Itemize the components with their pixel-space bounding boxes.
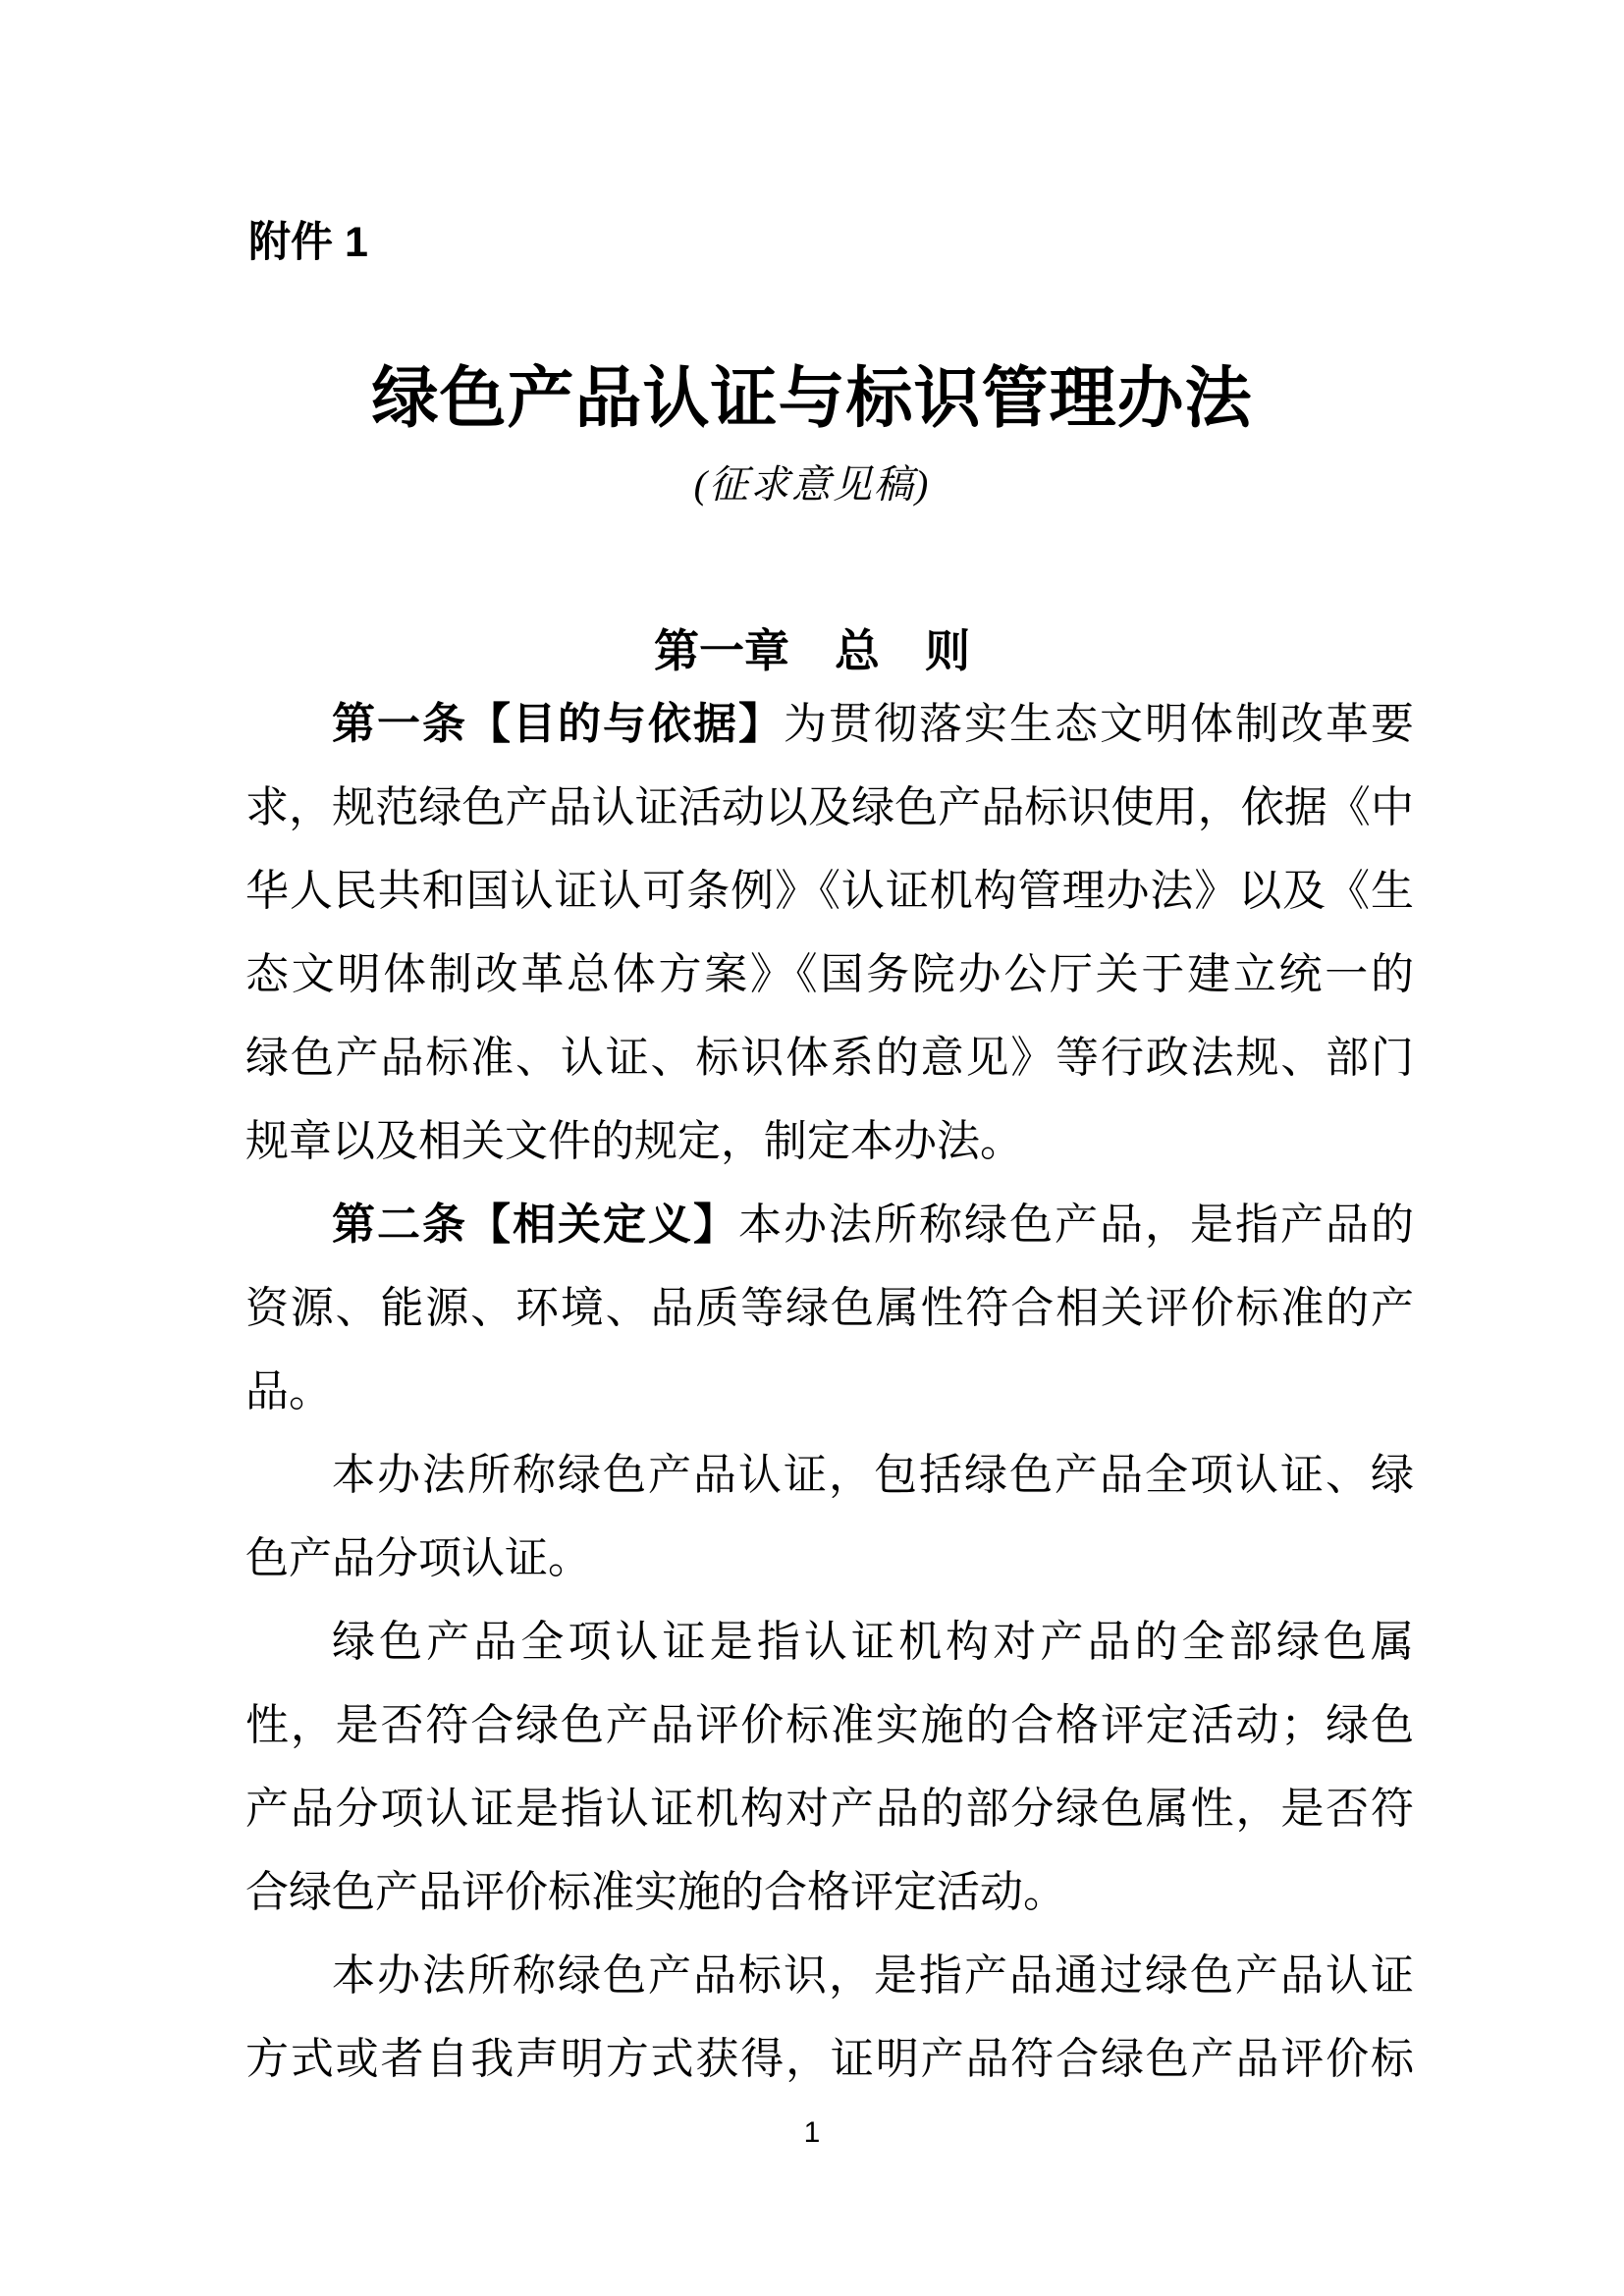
body-line: 绿色产品标准、认证、标识体系的意见》等行政法规、部门 <box>245 1016 1414 1099</box>
attachment-label: 附件 1 <box>248 222 368 264</box>
document-page: 附件 1 绿色产品认证与标识管理办法 (征求意见稿) 第一章 总 则 第一条【目… <box>0 0 1624 2296</box>
body-line-text: 合绿色产品评价标准实施的合格评定活动。 <box>245 1868 1066 1916</box>
body-line: 求，规范绿色产品认证活动以及绿色产品标识使用，依据《中 <box>245 766 1414 849</box>
document-subtitle: (征求意见稿) <box>0 465 1624 505</box>
document-body: 第一条【目的与依据】为贯彻落实生态文明体制改革要 求，规范绿色产品认证活动以及绿… <box>245 682 1414 2101</box>
body-line: 规章以及相关文件的规定，制定本办法。 <box>245 1099 1414 1183</box>
body-line-text: 色产品分项认证。 <box>245 1534 591 1582</box>
article-2-lead: 第二条【相关定义】 <box>332 1201 738 1249</box>
body-line-text: 方式或者自我声明方式获得，证明产品符合绿色产品评价标 <box>245 2035 1414 2083</box>
body-line-text: 产品分项认证是指认证机构对产品的部分绿色属性，是否符 <box>245 1785 1414 1833</box>
body-line: 色产品分项认证。 <box>245 1517 1414 1600</box>
body-line-text: 本办法所称绿色产品，是指产品的 <box>738 1201 1414 1249</box>
page-number: 1 <box>0 2118 1624 2148</box>
body-line-text: 绿色产品全项认证是指认证机构对产品的全部绿色属 <box>332 1618 1414 1666</box>
article-1-lead: 第一条【目的与依据】 <box>332 700 784 748</box>
body-line: 资源、能源、环境、品质等绿色属性符合相关评价标准的产 <box>245 1266 1414 1350</box>
body-line-text: 绿色产品标准、认证、标识体系的意见》等行政法规、部门 <box>245 1034 1414 1082</box>
body-line: 合绿色产品评价标准实施的合格评定活动。 <box>245 1850 1414 1934</box>
body-line-text: 为贯彻落实生态文明体制改革要 <box>784 700 1414 748</box>
body-line-text: 求，规范绿色产品认证活动以及绿色产品标识使用，依据《中 <box>245 783 1414 831</box>
body-line-text: 品。 <box>245 1367 332 1415</box>
chapter-heading: 第一章 总 则 <box>0 628 1624 673</box>
body-line: 第二条【相关定义】本办法所称绿色产品，是指产品的 <box>245 1183 1414 1266</box>
body-line: 华人民共和国认证认可条例》《认证机构管理办法》以及《生 <box>245 849 1414 933</box>
body-line: 本办法所称绿色产品标识，是指产品通过绿色产品认证 <box>245 1934 1414 2017</box>
document-title: 绿色产品认证与标识管理办法 <box>0 365 1624 432</box>
body-line-text: 态文明体制改革总体方案》《国务院办公厅关于建立统一的 <box>245 950 1414 998</box>
body-line-text: 华人民共和国认证认可条例》《认证机构管理办法》以及《生 <box>245 867 1414 915</box>
body-line: 方式或者自我声明方式获得，证明产品符合绿色产品评价标 <box>245 2017 1414 2101</box>
body-line-text: 本办法所称绿色产品标识，是指产品通过绿色产品认证 <box>332 1951 1414 2000</box>
body-line: 态文明体制改革总体方案》《国务院办公厅关于建立统一的 <box>245 933 1414 1016</box>
body-line: 性，是否符合绿色产品评价标准实施的合格评定活动；绿色 <box>245 1683 1414 1767</box>
body-line-text: 性，是否符合绿色产品评价标准实施的合格评定活动；绿色 <box>245 1701 1414 1749</box>
body-line-text: 规章以及相关文件的规定，制定本办法。 <box>245 1117 1023 1165</box>
body-line: 品。 <box>245 1350 1414 1433</box>
body-line: 绿色产品全项认证是指认证机构对产品的全部绿色属 <box>245 1600 1414 1683</box>
body-line-text: 资源、能源、环境、品质等绿色属性符合相关评价标准的产 <box>245 1284 1414 1332</box>
body-line: 第一条【目的与依据】为贯彻落实生态文明体制改革要 <box>245 682 1414 766</box>
body-line-text: 本办法所称绿色产品认证，包括绿色产品全项认证、绿 <box>332 1451 1414 1499</box>
body-line: 本办法所称绿色产品认证，包括绿色产品全项认证、绿 <box>245 1433 1414 1517</box>
body-line: 产品分项认证是指认证机构对产品的部分绿色属性，是否符 <box>245 1767 1414 1850</box>
